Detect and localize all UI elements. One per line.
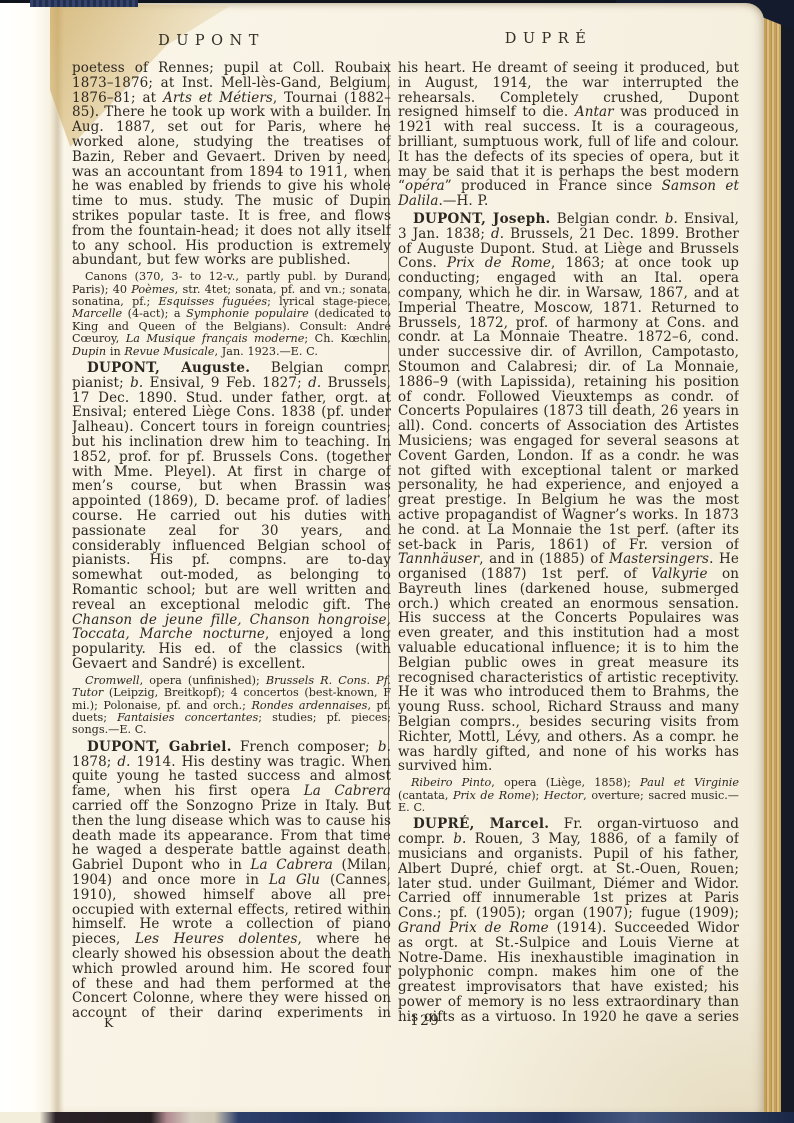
italic-title-text: Paul et Virginie — [640, 776, 739, 789]
italic-title-text: Mastersingers — [609, 551, 709, 567]
book-cover-cloth-top — [30, 0, 138, 7]
text-run: Belgian condr. — [551, 211, 665, 227]
page-left-curl-edge — [0, 3, 64, 1113]
italic-title-text: La Cabrera — [250, 857, 332, 873]
italic-title-text: Poèmes — [131, 283, 174, 296]
italic-title-text: Prix de Rome — [447, 255, 551, 271]
text-run: ); — [531, 789, 544, 802]
text-run: on Bayreuth lines (darkened house, subme… — [398, 566, 739, 774]
continuation-paragraph: poetess of Rennes; pupil at Coll. Roubai… — [72, 61, 391, 268]
italic-title-text: Les Heures dolentes — [135, 931, 298, 947]
italic-title-text: Arts et Métiers — [163, 90, 273, 106]
italic-title-text: b. — [378, 739, 391, 755]
text-run: , and in (1885) of — [479, 551, 609, 567]
text-run: , Jan. 1923.—E. C. — [214, 345, 317, 358]
text-run: Brussels, 17 Dec. 1890. Stud. under fath… — [72, 375, 391, 613]
text-run: , Tournai (1882–85). There he took up wo… — [72, 90, 391, 269]
running-head-left: DUPONT — [52, 33, 371, 49]
entry-paragraph: DUPONT, Auguste. Belgian compr. pianist;… — [72, 361, 391, 672]
italic-title-text: Esquisses fuguées — [159, 295, 268, 308]
italic-title-text: d. — [491, 226, 504, 242]
entry-headword: DUPONT, Joseph. — [413, 211, 551, 227]
italic-title-text: Cromwell — [85, 674, 140, 687]
entry-headword: DUPONT, Gabriel. — [87, 739, 232, 755]
italic-title-text: d. — [308, 375, 321, 391]
entry-paragraph: DUPONT, Gabriel. French composer; b. 187… — [72, 740, 391, 1018]
text-run: , opera (unfinished); — [140, 674, 266, 687]
book-bottom-edge — [0, 1112, 794, 1123]
text-run: Ensival, 9 Feb. 1827; — [143, 375, 308, 391]
text-run: (cantata, — [398, 789, 453, 802]
italic-title-text: Valkyrie — [651, 566, 707, 582]
italic-title-text: Symphonie populaire — [186, 307, 309, 320]
running-head-right: DUPRÉ — [378, 31, 719, 47]
italic-title-text: Tannhäuser — [398, 551, 479, 567]
book-cover-right-edge — [781, 0, 794, 1123]
italic-title-text: Ribeiro Pinto — [411, 776, 491, 789]
italic-title-text: Rondes ardennaises — [251, 699, 367, 712]
italic-title-text: La Musique français moderne — [126, 332, 305, 345]
entry-paragraph: DUPRÉ, Marcel. Fr. organ-virtuoso and co… — [398, 817, 739, 1022]
text-run: , 1863; at once took up conducting; enga… — [398, 255, 739, 552]
italic-title-text: Dupin — [72, 345, 106, 358]
text-run: ” produced in France since — [445, 178, 662, 194]
italic-title-text: Hector — [544, 789, 583, 802]
italic-title-text: Prix de Rome — [453, 789, 531, 802]
scanned-book-page-photo: DUPONT DUPRÉ poetess of Rennes; pupil at… — [0, 0, 794, 1123]
text-run: (4-act); a — [122, 307, 186, 320]
italic-title-text: b. — [130, 375, 143, 391]
bibliography-paragraph: Ribeiro Pinto, opera (Liège, 1858); Paul… — [398, 777, 739, 814]
italic-title-text: Fantaisies concertantes — [117, 711, 258, 724]
page-number: 129 — [410, 1013, 440, 1029]
italic-title-text: b. — [665, 211, 678, 227]
text-run: ; lyrical stage-piece, — [267, 295, 391, 308]
text-run: French composer; — [232, 739, 378, 755]
italic-title-text: b. — [453, 831, 466, 847]
column-right: his heart. He dreamt of seeing it produc… — [398, 61, 739, 1022]
text-run: ; Ch. Kœchlin, — [304, 332, 391, 345]
italic-title-text: Grand Prix de Rome — [398, 920, 549, 936]
text-run: .—H. P. — [438, 193, 488, 209]
entry-headword: DUPRÉ, Marcel. — [413, 816, 549, 832]
column-left: poetess of Rennes; pupil at Coll. Roubai… — [72, 61, 391, 1018]
italic-title-text: d. — [117, 754, 130, 770]
signature-mark: K — [104, 1015, 113, 1030]
continuation-paragraph: his heart. He dreamt of seeing it produc… — [398, 61, 739, 209]
text-run: 1878; — [72, 754, 117, 770]
text-run: , opera (Liège, 1858); — [491, 776, 640, 789]
entry-headword: DUPONT, Auguste. — [87, 360, 250, 376]
book-page-stack-edge — [762, 6, 782, 1114]
italic-title-text: Marcelle — [72, 307, 122, 320]
italic-title-text: La Glu — [269, 872, 320, 888]
bibliography-paragraph: Canons (370, 3- to 12-v., partly publ. b… — [72, 271, 391, 358]
italic-title-text: opéra — [405, 178, 445, 194]
italic-title-text: La Cabrera — [304, 783, 391, 799]
text-run: (1914). Succeeded Widor as orgt. at St.-… — [398, 920, 739, 1022]
text-run: in — [106, 345, 124, 358]
italic-title-text: Antar — [575, 104, 614, 120]
entry-paragraph: DUPONT, Joseph. Belgian condr. b. Ensiva… — [398, 212, 739, 774]
bibliography-paragraph: Cromwell, opera (unfinished); Brussels R… — [72, 675, 391, 737]
italic-title-text: Revue Musicale — [124, 345, 214, 358]
